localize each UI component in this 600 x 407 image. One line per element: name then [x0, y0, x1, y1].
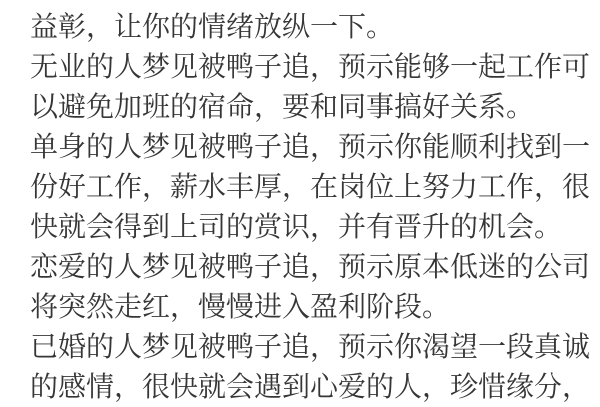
text-line: 将突然走红，慢慢进入盈利阶段。: [30, 287, 590, 327]
text-line: 已婚的人梦见被鸭子追，预示你渴望一段真诚: [30, 327, 590, 367]
text-line: 益彰，让你的情绪放纵一下。: [30, 7, 590, 47]
article-body: 益彰，让你的情绪放纵一下。 无业的人梦见被鸭子追，预示能够一起工作可 以避免加班…: [30, 7, 590, 400]
text-line: 快就会得到上司的赏识，并有晋升的机会。: [30, 207, 590, 247]
text-line: 份好工作，薪水丰厚，在岗位上努力工作，很: [30, 167, 590, 207]
text-line: 恋爱的人梦见被鸭子追，预示原本低迷的公司: [30, 247, 590, 287]
text-line: 以避免加班的宿命，要和同事搞好关系。: [30, 87, 590, 127]
text-line: 无业的人梦见被鸭子追，预示能够一起工作可: [30, 47, 590, 87]
text-line: 单身的人梦见被鸭子追，预示你能顺利找到一: [30, 127, 590, 167]
text-line: 的感情，很快就会遇到心爱的人，珍惜缘分，: [30, 367, 590, 400]
